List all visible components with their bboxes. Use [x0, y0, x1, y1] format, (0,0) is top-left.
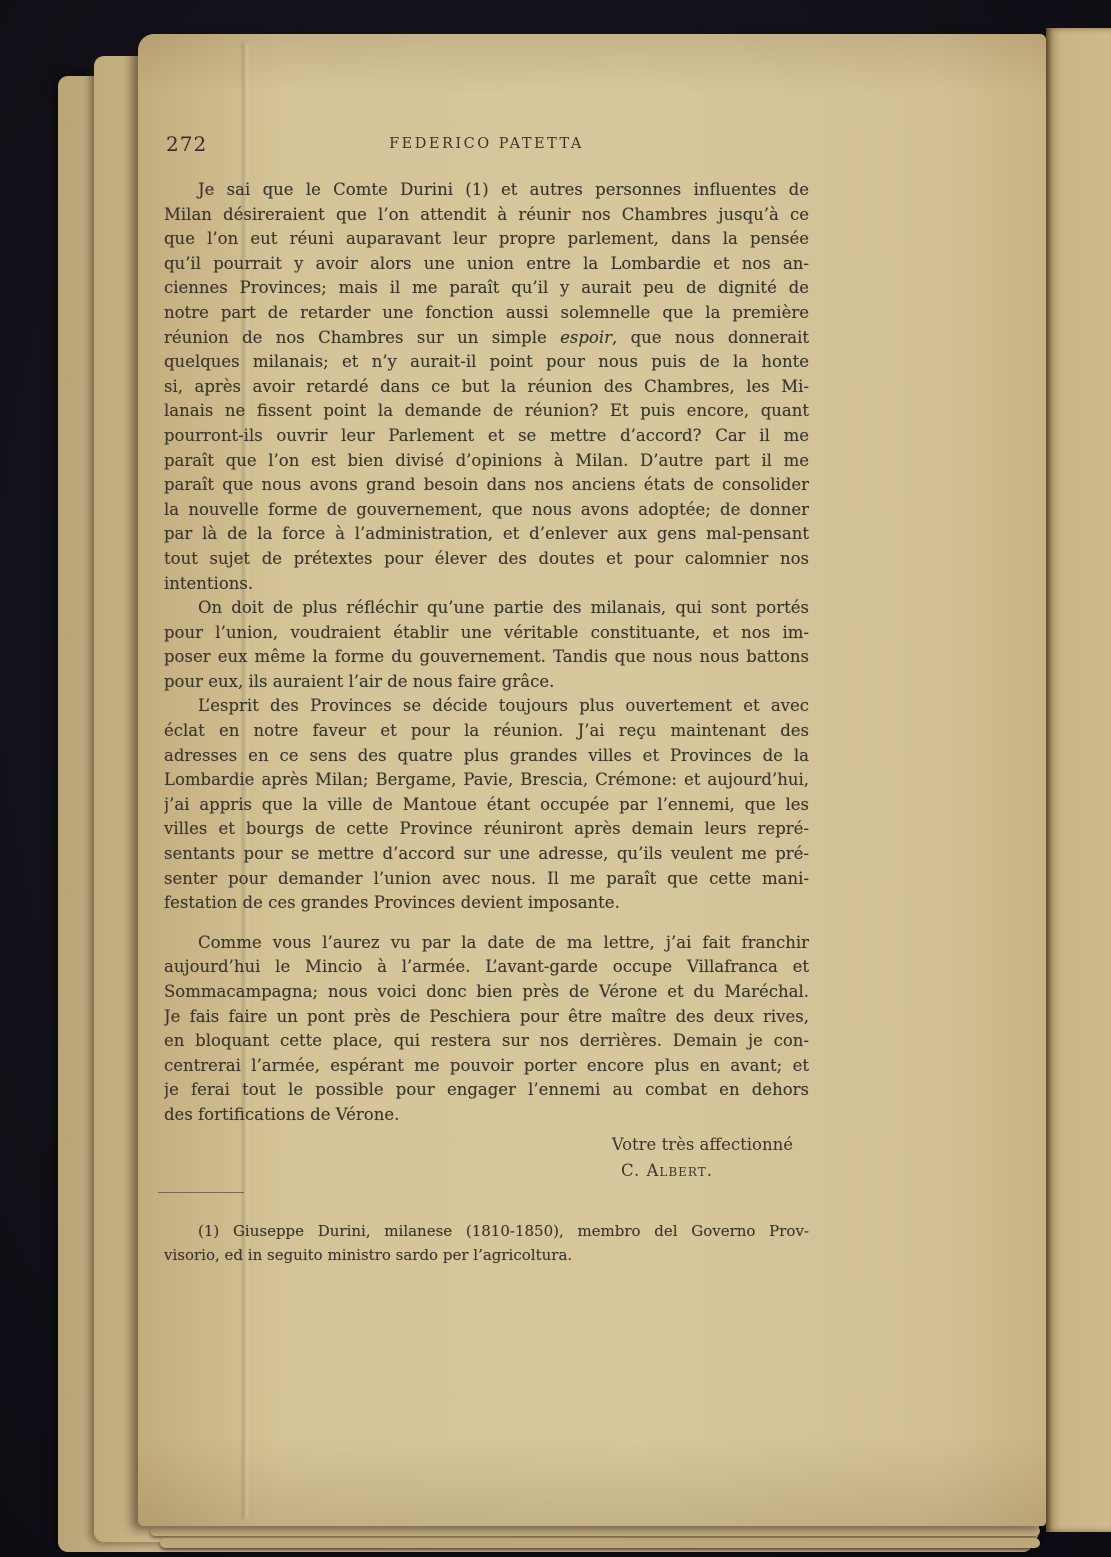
text-line: sentants pour se mettre d’accord sur une… [164, 842, 809, 867]
text-line: paraît que nous avons grand besoin dans … [164, 473, 809, 498]
next-page-edge [1046, 28, 1111, 1532]
text-line: notre part de retarder une fonction auss… [164, 301, 809, 326]
text-line: je ferai tout le possible pour engager l… [164, 1078, 809, 1103]
text-line: On doit de plus réfléchir qu’une partie … [164, 596, 809, 621]
text-line: ciennes Provinces; mais il me paraît qu’… [164, 276, 809, 301]
text-line: Comme vous l’aurez vu par la date de ma … [164, 931, 809, 956]
footnote-divider [158, 1192, 244, 1193]
text-line: aujourd’hui le Mincio à l’armée. L’avant… [164, 955, 809, 980]
text-line: Je sai que le Comte Durini (1) et autres… [164, 178, 809, 203]
paragraph: L’esprit des Provinces se décide toujour… [164, 694, 809, 915]
text-line: intentions. [164, 572, 809, 597]
paragraph: Je sai que le Comte Durini (1) et autres… [164, 178, 809, 596]
text-line: Milan désireraient que l’on attendit à r… [164, 203, 809, 228]
text-line: senter pour demander l’union avec nous. … [164, 867, 809, 892]
paragraph: On doit de plus réfléchir qu’une partie … [164, 596, 809, 694]
text-line: qu’il pourrait y avoir alors une union e… [164, 252, 809, 277]
text-line: (1) Giuseppe Durini, milanese (1810-1850… [164, 1219, 809, 1243]
paragraph: (1) Giuseppe Durini, milanese (1810-1850… [164, 1219, 809, 1267]
text-line: visorio, ed in seguito ministro sardo pe… [164, 1243, 809, 1267]
text-line: j’ai appris que la ville de Mantoue étan… [164, 793, 809, 818]
signature-closing: Votre très affectionné [164, 1132, 809, 1158]
signature-name: C. Albert. [164, 1158, 809, 1184]
text-line: centrerai l’armée, espérant me pouvoir p… [164, 1054, 809, 1079]
text-line: la nouvelle forme de gouvernement, que n… [164, 498, 809, 523]
page-bottom-edge-2 [160, 1538, 1040, 1548]
page-content: 272 FEDERICO PATETTA Je sai que le Comte… [164, 132, 809, 1267]
text-line: quelques milanais; et n’y aurait-il poin… [164, 350, 809, 375]
text-line: éclat en notre faveur et pour la réunion… [164, 719, 809, 744]
text-line: L’esprit des Provinces se décide toujour… [164, 694, 809, 719]
text-line: paraît que l’on est bien divisé d’opinio… [164, 449, 809, 474]
page-header: 272 FEDERICO PATETTA [164, 132, 809, 158]
text-line: lanais ne fissent point la demande de ré… [164, 399, 809, 424]
text-line: festation de ces grandes Provinces devie… [164, 891, 809, 916]
text-line: en bloquant cette place, qui restera sur… [164, 1029, 809, 1054]
text-line: villes et bourgs de cette Province réuni… [164, 817, 809, 842]
text-line: pourront-ils ouvrir leur Parlement et se… [164, 424, 809, 449]
footnote: (1) Giuseppe Durini, milanese (1810-1850… [164, 1219, 809, 1267]
text-line: que l’on eut réuni auparavant leur propr… [164, 227, 809, 252]
paragraph: Comme vous l’aurez vu par la date de ma … [164, 931, 809, 1128]
text-line: pour l’union, voudraient établir une vér… [164, 621, 809, 646]
text-line: tout sujet de prétextes pour élever des … [164, 547, 809, 572]
text-line: Je fais faire un pont près de Peschiera … [164, 1005, 809, 1030]
text-line: des fortifications de Vérone. [164, 1103, 809, 1128]
page-bottom-edge-1 [150, 1526, 1040, 1536]
text-line: adresses en ce sens des quatre plus gran… [164, 744, 809, 769]
page-number: 272 [166, 132, 207, 156]
text-line: par là de la force à l’administration, e… [164, 522, 809, 547]
text-line: si, après avoir retardé dans ce but la r… [164, 375, 809, 400]
text-line: Sommacampagna; nous voici donc bien près… [164, 980, 809, 1005]
text-line: poser eux même la forme du gouvernement.… [164, 645, 809, 670]
letter-body: Je sai que le Comte Durini (1) et autres… [164, 178, 809, 1128]
running-header: FEDERICO PATETTA [164, 132, 809, 152]
text-line: pour eux, ils auraient l’air de nous fai… [164, 670, 809, 695]
text-line: Lombardie après Milan; Bergame, Pavie, B… [164, 768, 809, 793]
signature-block: Votre très affectionné C. Albert. [164, 1132, 809, 1184]
text-line: réunion de nos Chambres sur un simple es… [164, 326, 809, 351]
